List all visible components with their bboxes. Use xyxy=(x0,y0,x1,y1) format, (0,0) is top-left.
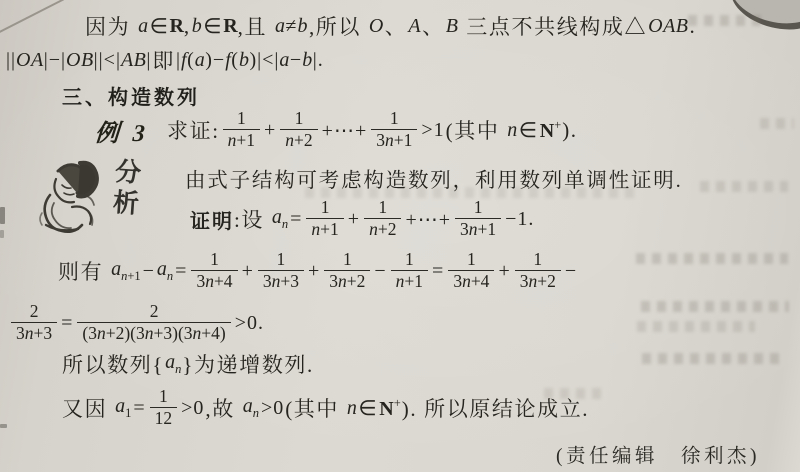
formula-token: (其中 xyxy=(285,393,346,423)
formula-token: 13n+1 xyxy=(371,109,417,150)
formula-token: 13n+2 xyxy=(515,250,561,291)
formula-token: ). 所以原结论成立. xyxy=(402,393,589,423)
scan-speck xyxy=(0,424,7,428)
formula-token: (其中 xyxy=(446,115,507,145)
proof-setup-line: 证明:设 an=1n+1+1n+2+⋯+13n+1−1. xyxy=(190,193,535,245)
formula-token: N+ xyxy=(540,118,562,143)
formula-token: 1n+1 xyxy=(391,250,428,291)
analysis-icon-label: 分析 xyxy=(112,156,146,220)
formula-token: + xyxy=(308,260,320,283)
formula-token: ,且 xyxy=(238,11,274,41)
formula-token: 13n+3 xyxy=(258,250,304,291)
ink-bleedthrough xyxy=(760,118,794,129)
formula-token: :设 xyxy=(234,204,271,234)
formula-token: ∈ xyxy=(358,396,378,421)
formula-token: 证明 xyxy=(190,205,234,234)
formula-token: −1. xyxy=(505,208,534,231)
formula-token: an xyxy=(157,258,173,284)
formula-token: +⋯+ xyxy=(405,207,451,232)
formula-token: ). xyxy=(562,118,577,143)
proof-difference-line-1: 则有 an+1−an=13n+4+13n+3+13n+2−1n+1=13n+4+… xyxy=(58,245,578,297)
formula-token: ||OA|−|OB||<|AB| xyxy=(6,49,151,72)
proof-difference-line-2: 23n+3=2(3n+2)(3n+3)(3n+4)>0. xyxy=(8,297,265,349)
formula-token: b xyxy=(192,15,203,38)
formula-token: |f(a)−f(b)|<|a−b|. xyxy=(176,49,324,72)
formula-token: >1 xyxy=(421,119,444,142)
formula-token: + xyxy=(348,208,360,231)
formula-token: = xyxy=(290,208,302,231)
editor-credit: (责任编辑 徐利杰) xyxy=(556,441,760,467)
ink-bleedthrough xyxy=(642,353,782,364)
final-conclusion: 又因 a1=112>0,故 an>0(其中 n∈N+). 所以原结论成立. xyxy=(62,383,589,433)
formula-token: a≠b xyxy=(275,15,308,38)
ink-bleedthrough xyxy=(700,181,788,192)
formula-token: 则有 xyxy=(58,256,110,286)
formula-token: 23n+3 xyxy=(11,302,57,343)
formula-token: 即 xyxy=(152,45,175,75)
formula-token: 1n+1 xyxy=(223,109,260,150)
analysis-text: 由式子结构可考虑构造数列，利用数列单调性证明. xyxy=(185,164,683,192)
formula-token: 13n+4 xyxy=(448,250,494,291)
intro-line-2: ||OA|−|OB||<|AB|即|f(a)−f(b)|<|a−b|. xyxy=(5,44,325,76)
formula-token: − xyxy=(143,260,155,283)
formula-token: 112 xyxy=(150,387,178,428)
formula-token: an xyxy=(243,395,259,421)
example-label: 例 3 xyxy=(94,113,150,148)
increasing-conclusion: 所以数列{an}为递增数列. xyxy=(62,349,314,379)
formula-token: 因为 xyxy=(85,11,137,41)
formula-token: a xyxy=(138,15,149,38)
formula-token: >0. xyxy=(235,312,264,335)
formula-token: ,所以 xyxy=(309,11,368,41)
formula-token: an+1 xyxy=(111,258,141,284)
formula-token: 1n+1 xyxy=(306,198,343,239)
formula-token: }为递增数列. xyxy=(182,349,314,379)
formula-token: = xyxy=(432,260,444,283)
formula-token: − xyxy=(374,260,386,283)
formula-token: ∈ xyxy=(203,14,223,39)
formula-token: 13n+2 xyxy=(324,250,370,291)
intro-line-1: 因为 a∈R,b∈R,且 a≠b,所以 O、A、B 三点不共线构成△OAB. xyxy=(85,10,696,42)
formula-token: O xyxy=(369,15,384,38)
formula-token: 所以数列{ xyxy=(62,349,164,379)
formula-token: 1n+2 xyxy=(280,109,317,150)
formula-token: OAB xyxy=(648,15,688,38)
formula-token: 、 xyxy=(385,11,408,41)
formula-token: = xyxy=(175,260,187,283)
formula-token: + xyxy=(498,260,510,283)
formula-token: 三点不共线构成△ xyxy=(459,11,647,41)
analysis-icon: 分析 xyxy=(28,155,150,247)
formula-token: n xyxy=(507,119,518,142)
formula-token: 13n+4 xyxy=(191,250,237,291)
formula-token: >0 xyxy=(181,397,204,420)
formula-token: A xyxy=(408,15,421,38)
example-formula: 求证:1n+1+1n+2+⋯+13n+1>1(其中 n∈N+). xyxy=(167,109,578,150)
formula-token: , xyxy=(184,14,191,39)
formula-token: 13n+1 xyxy=(455,198,501,239)
formula-token: 又因 xyxy=(62,393,114,423)
formula-token: − xyxy=(565,260,577,283)
formula-token: ,故 xyxy=(205,393,241,423)
formula-token: ∈ xyxy=(150,14,170,39)
ink-bleedthrough xyxy=(636,253,788,264)
scan-speck xyxy=(0,230,4,238)
formula-token: n xyxy=(347,397,358,420)
formula-token: + xyxy=(242,260,254,283)
formula-token: a1 xyxy=(115,395,131,421)
formula-token: R xyxy=(169,15,183,38)
formula-token: R xyxy=(223,15,237,38)
formula-token: an xyxy=(165,351,181,377)
formula-token: + xyxy=(264,119,276,142)
formula-token: 2(3n+2)(3n+3)(3n+4) xyxy=(77,302,230,343)
formula-token: >0 xyxy=(261,397,284,420)
formula-token: 1n+2 xyxy=(364,198,401,239)
example-3-statement: 例 3 求证:1n+1+1n+2+⋯+13n+1>1(其中 n∈N+). xyxy=(95,104,578,156)
formula-token: 求证: xyxy=(167,115,220,145)
formula-token: 、 xyxy=(422,11,445,41)
formula-token: N+ xyxy=(379,396,401,421)
formula-token: an xyxy=(272,206,288,232)
scan-speck xyxy=(0,207,5,224)
formula-token: ∈ xyxy=(519,118,539,143)
scan-edge-line xyxy=(0,0,64,36)
ink-bleedthrough xyxy=(637,321,755,332)
formula-token: . xyxy=(690,14,697,39)
formula-token: B xyxy=(446,15,459,38)
formula-token: +⋯+ xyxy=(322,118,368,143)
scanned-textbook-page: 因为 a∈R,b∈R,且 a≠b,所以 O、A、B 三点不共线构成△OAB. |… xyxy=(0,0,800,472)
formula-token: = xyxy=(61,312,73,335)
formula-token: = xyxy=(133,397,145,420)
ink-bleedthrough xyxy=(641,301,789,312)
